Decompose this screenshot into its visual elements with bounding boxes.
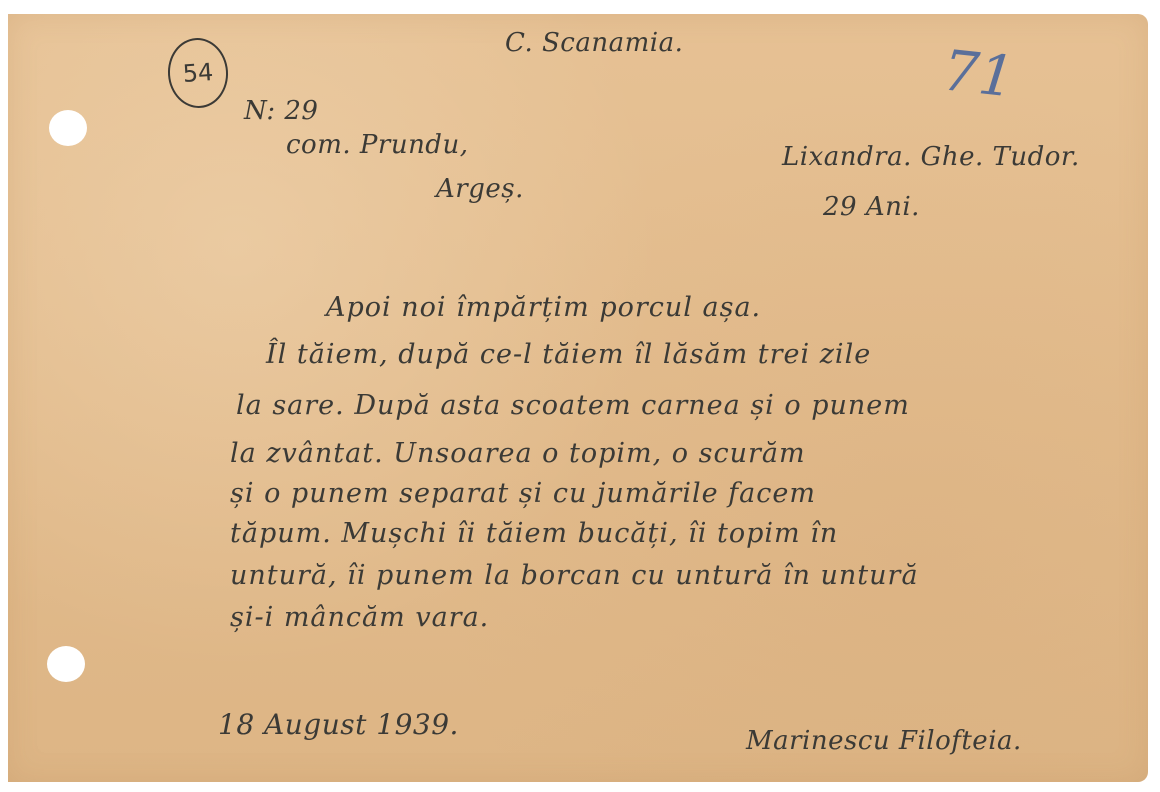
location-county: Argeș. <box>436 174 524 204</box>
blue-pencil-mark: 71 <box>940 38 1018 110</box>
signature: Marinescu Filofteia. <box>746 726 1022 756</box>
card-number-circled: 54 <box>166 36 231 110</box>
body-line-8: și-i mâncăm vara. <box>230 602 489 633</box>
body-line-7: untură, îi punem la borcan cu untură în … <box>230 560 919 591</box>
punch-hole-top <box>49 110 87 146</box>
informant-age: 29 Ani. <box>823 192 920 222</box>
punch-hole-bottom <box>47 646 85 682</box>
collector-name: C. Scanamia. <box>505 28 683 58</box>
body-line-6: tăpum. Mușchi îi tăiem bucăți, îi topim … <box>230 518 838 549</box>
card-number: 54 <box>182 58 214 88</box>
entry-number: N: 29 <box>244 96 318 126</box>
body-line-5: și o punem separat și cu jumările facem <box>230 478 816 509</box>
date: 18 August 1939. <box>218 708 459 741</box>
body-line-3: la sare. După asta scoatem carnea și o p… <box>236 390 910 421</box>
body-line-1: Apoi noi împărțim porcul așa. <box>326 292 761 323</box>
body-line-4: la zvântat. Unsoarea o topim, o scurăm <box>230 438 806 469</box>
archival-card: 54 C. Scanamia. 71 N: 29 com. Prundu, Ar… <box>8 14 1148 782</box>
body-line-2: Îl tăiem, după ce-l tăiem îl lăsăm trei … <box>266 339 871 370</box>
informant-name: Lixandra. Ghe. Tudor. <box>782 142 1080 172</box>
location-commune: com. Prundu, <box>286 130 468 160</box>
scanned-page: 54 C. Scanamia. 71 N: 29 com. Prundu, Ar… <box>0 0 1160 792</box>
